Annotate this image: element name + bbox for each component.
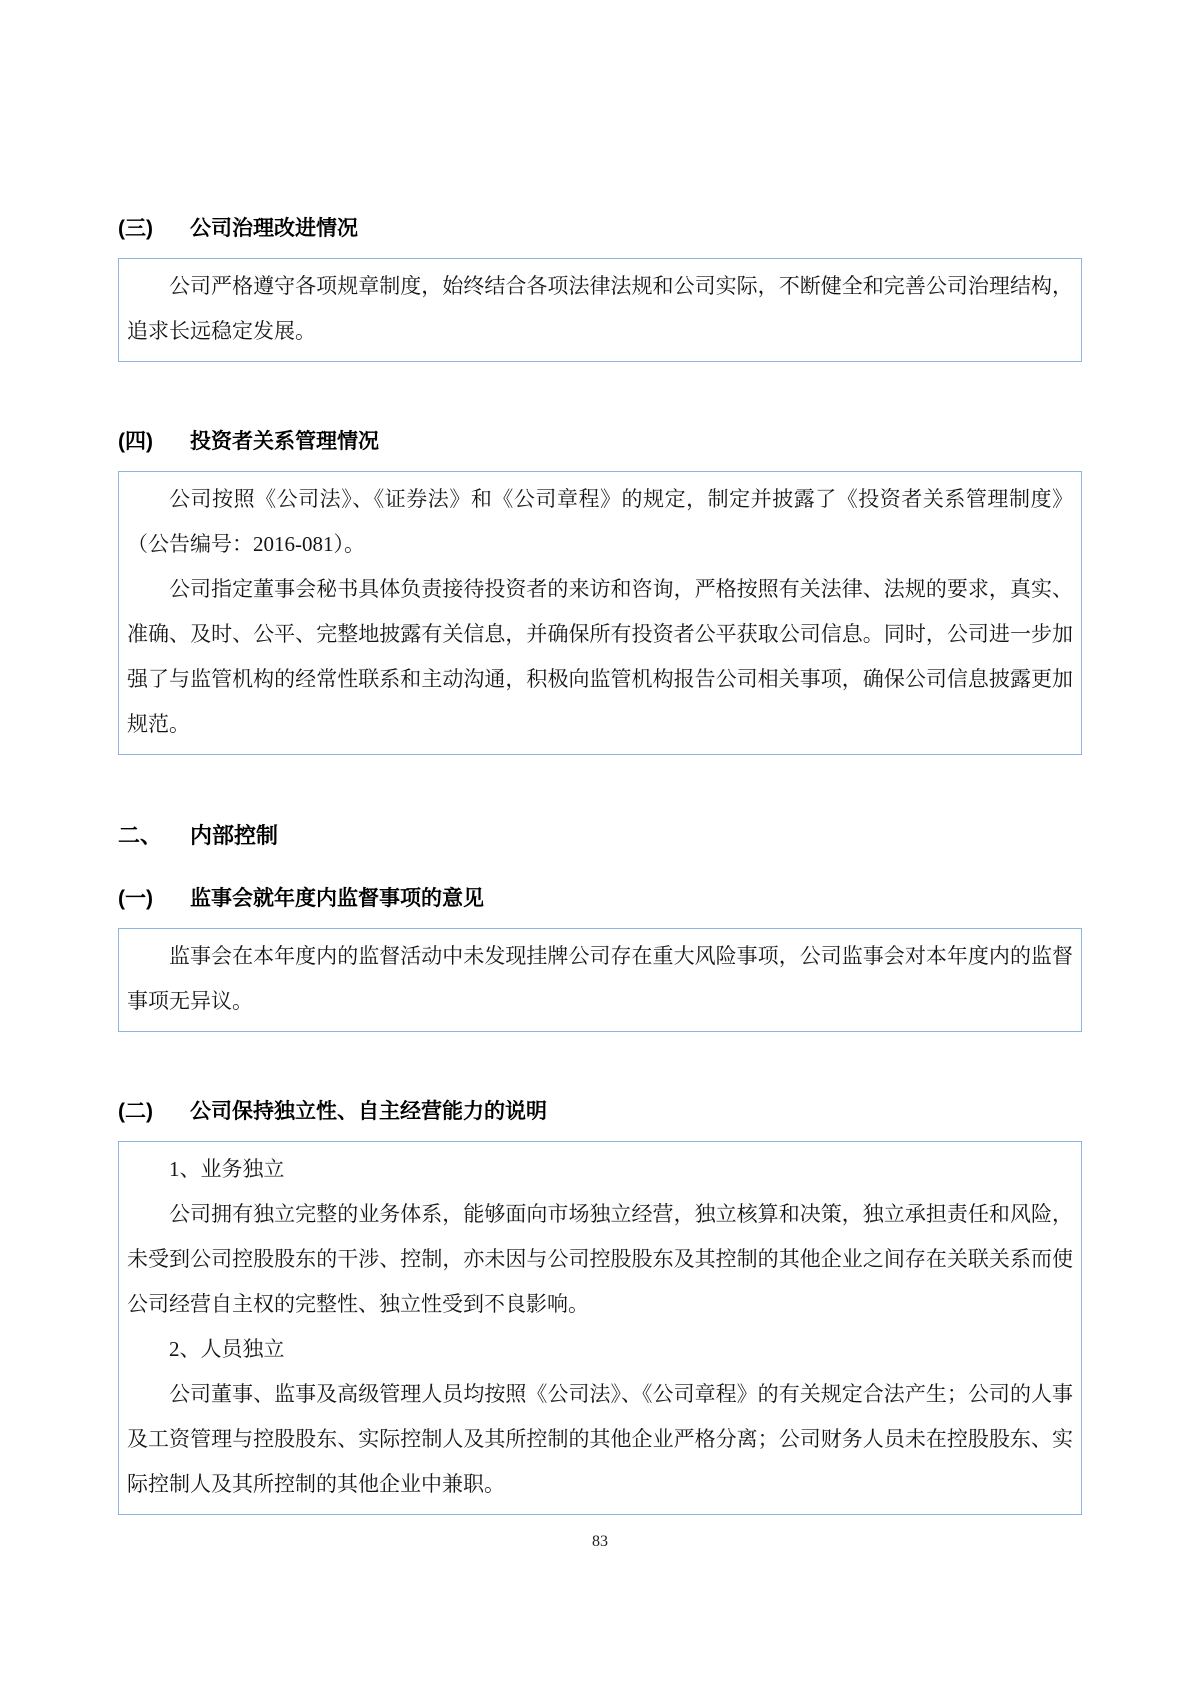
page-number: 83 <box>118 1531 1082 1553</box>
paragraph: 公司严格遵守各项规章制度，始终结合各项法律法规和公司实际，不断健全和完善公司治理… <box>127 264 1073 354</box>
section-number: (四) <box>118 428 190 455</box>
content-box-investor-relations: 公司按照《公司法》、《证券法》和《公司章程》的规定，制定并披露了《投资者关系管理… <box>118 471 1082 755</box>
chapter-title: 内部控制 <box>190 821 278 851</box>
section-title: 公司治理改进情况 <box>190 215 358 242</box>
section-number: (三) <box>118 215 190 242</box>
section-heading-independence-statement: (二) 公司保持独立性、自主经营能力的说明 <box>118 1098 1082 1125</box>
content-box-governance-improvement: 公司严格遵守各项规章制度，始终结合各项法律法规和公司实际，不断健全和完善公司治理… <box>118 258 1082 362</box>
paragraph: 监事会在本年度内的监督活动中未发现挂牌公司存在重大风险事项，公司监事会对本年度内… <box>127 934 1073 1024</box>
section-number: (二) <box>118 1098 190 1125</box>
chapter-number: 二、 <box>118 821 190 851</box>
section-heading-supervisory-opinion: (一) 监事会就年度内监督事项的意见 <box>118 885 1082 912</box>
section-heading-governance-improvement: (三) 公司治理改进情况 <box>118 215 1082 242</box>
subitem-heading: 1、业务独立 <box>127 1147 1073 1192</box>
section-number: (一) <box>118 885 190 912</box>
paragraph: 公司董事、监事及高级管理人员均按照《公司法》、《公司章程》的有关规定合法产生；公… <box>127 1372 1073 1507</box>
chapter-heading-internal-control: 二、 内部控制 <box>118 821 1082 851</box>
content-box-supervisory-opinion: 监事会在本年度内的监督活动中未发现挂牌公司存在重大风险事项，公司监事会对本年度内… <box>118 928 1082 1032</box>
paragraph: 公司拥有独立完整的业务体系，能够面向市场独立经营，独立核算和决策，独立承担责任和… <box>127 1192 1073 1327</box>
section-title: 投资者关系管理情况 <box>190 428 379 455</box>
paragraph: 公司按照《公司法》、《证券法》和《公司章程》的规定，制定并披露了《投资者关系管理… <box>127 477 1073 567</box>
section-title: 公司保持独立性、自主经营能力的说明 <box>190 1098 547 1125</box>
section-heading-investor-relations: (四) 投资者关系管理情况 <box>118 428 1082 455</box>
paragraph: 公司指定董事会秘书具体负责接待投资者的来访和咨询，严格按照有关法律、法规的要求，… <box>127 567 1073 747</box>
document-page: (三) 公司治理改进情况 公司严格遵守各项规章制度，始终结合各项法律法规和公司实… <box>0 0 1200 1696</box>
section-title: 监事会就年度内监督事项的意见 <box>190 885 484 912</box>
content-box-independence-statement: 1、业务独立 公司拥有独立完整的业务体系，能够面向市场独立经营，独立核算和决策，… <box>118 1141 1082 1515</box>
subitem-heading: 2、人员独立 <box>127 1327 1073 1372</box>
